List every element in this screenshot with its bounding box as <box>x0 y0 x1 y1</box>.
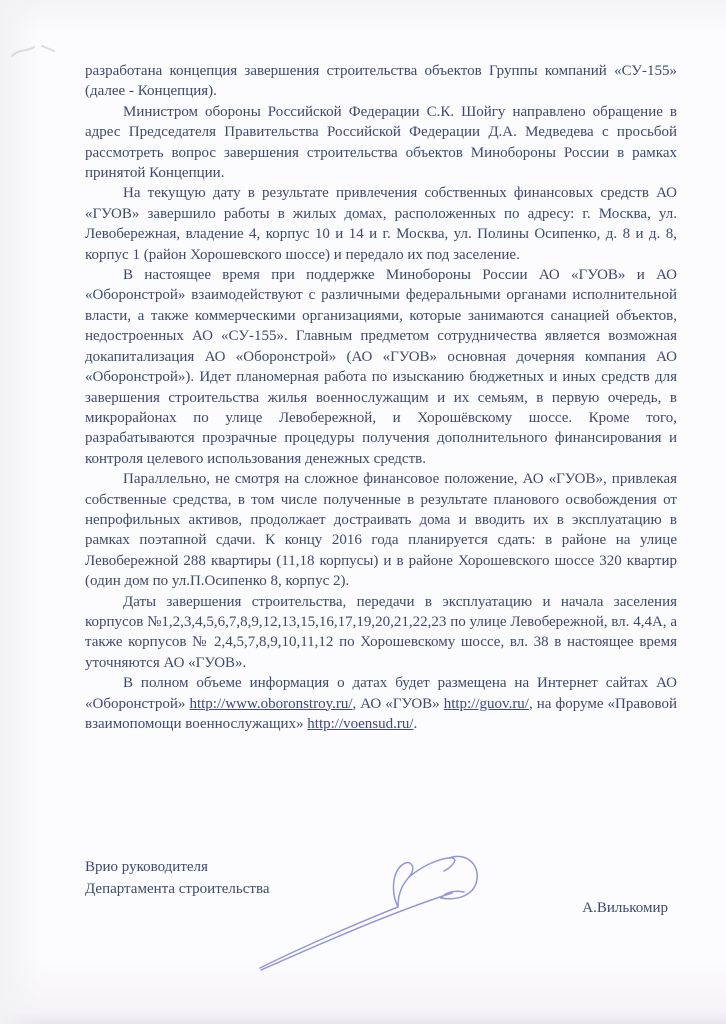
signature-block: Врио руководителя Департамента строитель… <box>85 856 677 900</box>
hyperlink[interactable]: http://guov.ru/ <box>444 696 529 712</box>
document-page: разработана концепция завершения строите… <box>0 0 726 1024</box>
signatory-title-line2: Департамента строительства <box>85 878 677 900</box>
signatory-name: А.Вилькомир <box>582 898 668 918</box>
document-body: разработана концепция завершения строите… <box>85 61 677 734</box>
paragraph: В полном объеме информация о датах будет… <box>85 673 677 734</box>
paragraph: Министром обороны Российской Федерации С… <box>85 102 677 184</box>
paragraph: Параллельно, не смотря на сложное финанс… <box>85 469 677 591</box>
text-run: В настоящее время при поддержке Миноборо… <box>85 267 677 467</box>
scan-smudge <box>0 0 80 70</box>
text-run: На текущую дату в результате привлечения… <box>85 185 677 262</box>
text-run: Министром обороны Российской Федерации С… <box>85 104 677 181</box>
paragraph: На текущую дату в результате привлечения… <box>85 183 677 265</box>
text-run: Параллельно, не смотря на сложное финанс… <box>85 471 677 589</box>
paragraph: В настоящее время при поддержке Миноборо… <box>85 265 677 469</box>
text-run: разработана концепция завершения строите… <box>85 63 677 99</box>
text-run: , АО «ГУОВ» <box>353 696 444 712</box>
text-run: . <box>414 716 418 732</box>
paragraph: Даты завершения строительства, передачи … <box>85 592 677 674</box>
paragraph: разработана концепция завершения строите… <box>85 61 677 102</box>
text-run: Даты завершения строительства, передачи … <box>85 594 677 671</box>
signatory-title-line1: Врио руководителя <box>85 856 677 878</box>
hyperlink[interactable]: http://voensud.ru/ <box>307 716 413 732</box>
hyperlink[interactable]: http://www.oboronstroy.ru/ <box>189 696 352 712</box>
